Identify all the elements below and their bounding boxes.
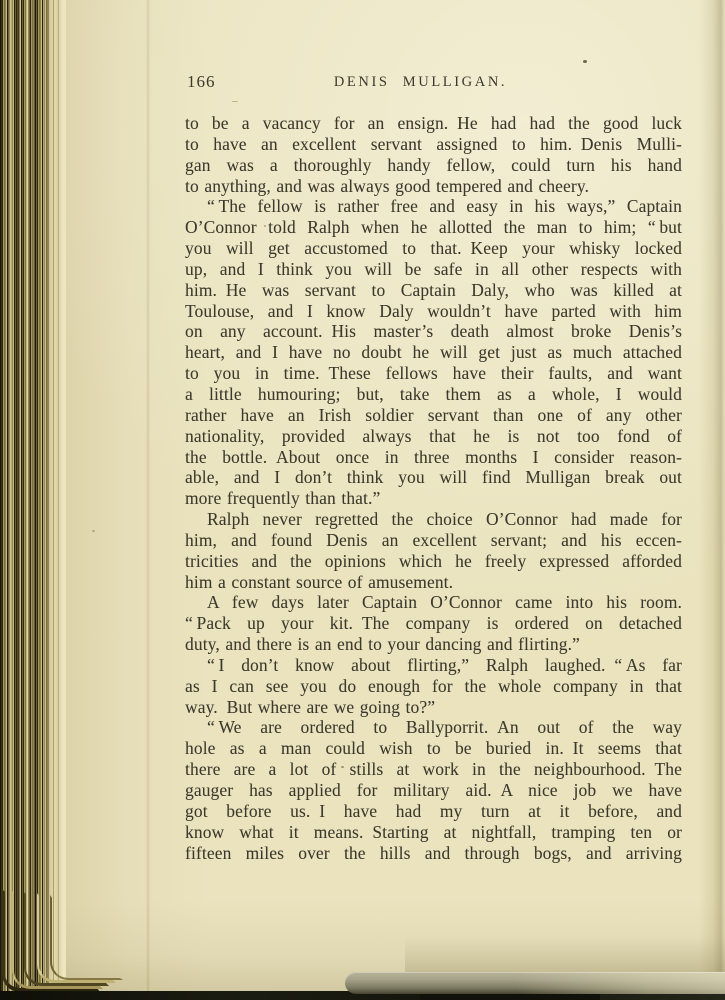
text-line: way. But where are we going to?” [185,697,682,718]
scanner-bar [345,972,725,994]
text-line: him, and found Denis an excellent servan… [185,530,682,551]
page-edge-highlight [48,0,66,1000]
text-line: A few days later Captain O’Connor came i… [185,592,682,613]
text-line: heart, and I have no doubt he will get j… [185,342,682,363]
text-line: nationality, provided always that he is … [185,426,682,447]
text-line: him. He was servant to Captain Daly, who… [185,280,682,301]
paper-speck [341,766,344,768]
paper-speck [264,225,266,227]
text-line: as I can see you do enough for the whole… [185,676,682,697]
text-line: “ The fellow is rather free and easy in … [185,196,682,217]
running-header: DENIS MULLIGAN. [172,74,669,91]
text-line: tricities and the opinions which he free… [185,551,682,572]
paper-speck [232,101,238,102]
paper-speck [583,60,587,63]
body-text: to be a vacancy for an ensign. He had ha… [185,113,682,863]
text-line: fifteen miles over the hills and through… [185,843,682,864]
text-line: gauger has applied for military aid. A n… [185,780,682,801]
text-line: there are a lot of stills at work in the… [185,759,682,780]
paper-speck [92,530,95,532]
text-line: got before us. I have had my turn at it … [185,801,682,822]
text-line: O’Connor told Ralph when he allotted the… [185,217,682,238]
scanned-book-page: 166 DENIS MULLIGAN. to be a vacancy for … [0,0,725,1000]
page-crease [146,0,150,1000]
text-line: him a constant source of amusement. [185,572,682,593]
text-line: “ We are ordered to Ballyporrit. An out … [185,717,682,738]
text-line: rather have an Irish soldier servant tha… [185,405,682,426]
text-line: to anything, and was always good tempere… [185,176,682,197]
text-line: more frequently than that.” [185,488,682,509]
text-line: on any account. His master’s death almos… [185,321,682,342]
fanned-page-corners [0,864,150,994]
text-line: able, and I don’t think you will find Mu… [185,467,682,488]
text-line: Toulouse, and I know Daly wouldn’t have … [185,301,682,322]
book-page-edges [0,0,48,1000]
text-line: Ralph never regretted the choice O’Conno… [185,509,682,530]
text-line: gan was a thoroughly handy fellow, could… [185,155,682,176]
text-line: “ Pack up your kit. The company is order… [185,613,682,634]
text-line: up, and I think you will be safe in all … [185,259,682,280]
text-line: to be a vacancy for an ensign. He had ha… [185,113,682,134]
text-line: duty, and there is an end to your dancin… [185,634,682,655]
text-line: to have an excellent servant assigned to… [185,134,682,155]
page-header: 166 DENIS MULLIGAN. [185,72,682,94]
text-line: you will get accustomed to that. Keep yo… [185,238,682,259]
text-line: know what it means. Starting at nightfal… [185,822,682,843]
text-line: the bottle. About once in three months I… [185,447,682,468]
text-line: hole as a man could wish to be buried in… [185,738,682,759]
text-line: “ I don’t know about flirting,” Ralph la… [185,655,682,676]
text-line: to you in time. These fellows have their… [185,363,682,384]
text-line: a little humouring; but, take them as a … [185,384,682,405]
page-curl-shadow [699,0,725,1000]
